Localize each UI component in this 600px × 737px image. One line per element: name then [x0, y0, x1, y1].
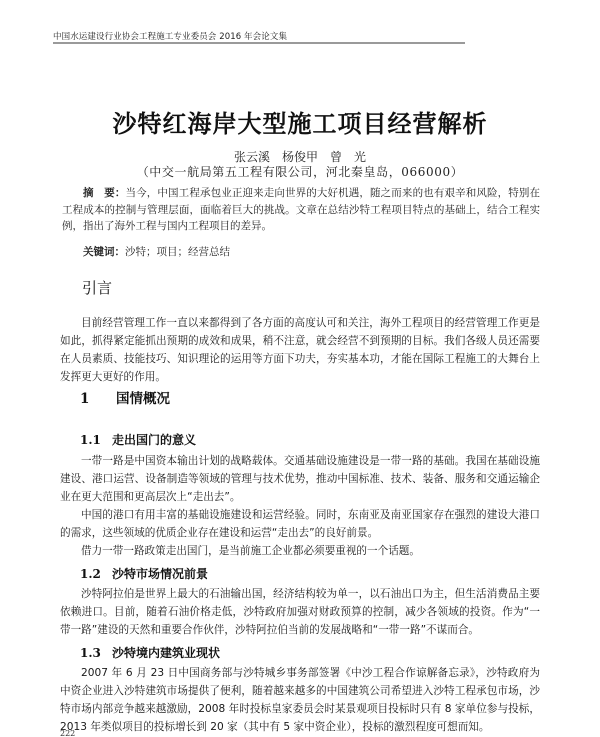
- section-number: 1: [80, 391, 116, 407]
- heading-section-1-2: 1.2沙特市场情况前景: [80, 565, 208, 582]
- section-number: 1.2: [80, 567, 112, 581]
- keywords-text: 沙特；项目；经营总结: [125, 246, 230, 258]
- abstract-label: 摘 要：: [83, 187, 126, 199]
- running-header: 中国水运建设行业协会工程施工专业委员会 2016 年会论文集: [53, 30, 287, 42]
- section-title: 沙特境内建筑业现状: [112, 646, 220, 660]
- header-rule: [53, 42, 465, 44]
- section-title: 沙特市场情况前景: [112, 567, 208, 581]
- section-number: 1.1: [80, 433, 112, 447]
- keywords-label: 关键词：: [83, 246, 125, 258]
- section-title: 走出国门的意义: [112, 433, 196, 447]
- heading-section-1-3: 1.3沙特境内建筑业现状: [80, 644, 220, 661]
- paper-title: 沙特红海岸大型施工项目经营解析: [0, 104, 600, 139]
- section-number: 1.3: [80, 646, 112, 660]
- page-number: 222: [60, 729, 75, 737]
- paragraph: 目前经营管理工作一直以来都得到了各方面的高度认可和关注，海外工程项目的经营管理工…: [60, 314, 540, 386]
- heading-section-1: 1国情概况: [80, 387, 170, 407]
- heading-intro: 引言: [82, 277, 112, 298]
- abstract-text: 当今，中国工程承包业正迎来走向世界的大好机遇，随之而来的也有艰辛和风险，特别在工…: [62, 187, 540, 232]
- paragraph: 一带一路是中国资本输出计划的战略载体。交通基础设施建设是一带一路的基础。我国在基…: [60, 452, 540, 506]
- heading-section-1-1: 1.1走出国门的意义: [80, 431, 196, 448]
- paragraph: 中国的港口有用丰富的基础设施建设和运营经验。同时，东南亚及南亚国家存在强烈的建设…: [60, 506, 540, 542]
- keywords: 关键词：沙特；项目；经营总结: [83, 244, 230, 259]
- paragraph: 借力一带一路政策走出国门，是当前施工企业都必须要重视的一个话题。: [60, 542, 540, 560]
- paragraph: 沙特阿拉伯是世界上最大的石油输出国，经济结构较为单一，以石油出口为主，但生活消费…: [60, 585, 540, 639]
- affiliation: （中交一航局第五工程有限公司，河北秦皇岛，066000）: [0, 163, 600, 180]
- section-title: 国情概况: [116, 391, 170, 407]
- abstract: 摘 要：当今，中国工程承包业正迎来走向世界的大好机遇，随之而来的也有艰辛和风险，…: [62, 185, 540, 235]
- paragraph: 2007 年 6 月 23 日中国商务部与沙特城乡事务部签署《中沙工程合作谅解备…: [60, 664, 540, 736]
